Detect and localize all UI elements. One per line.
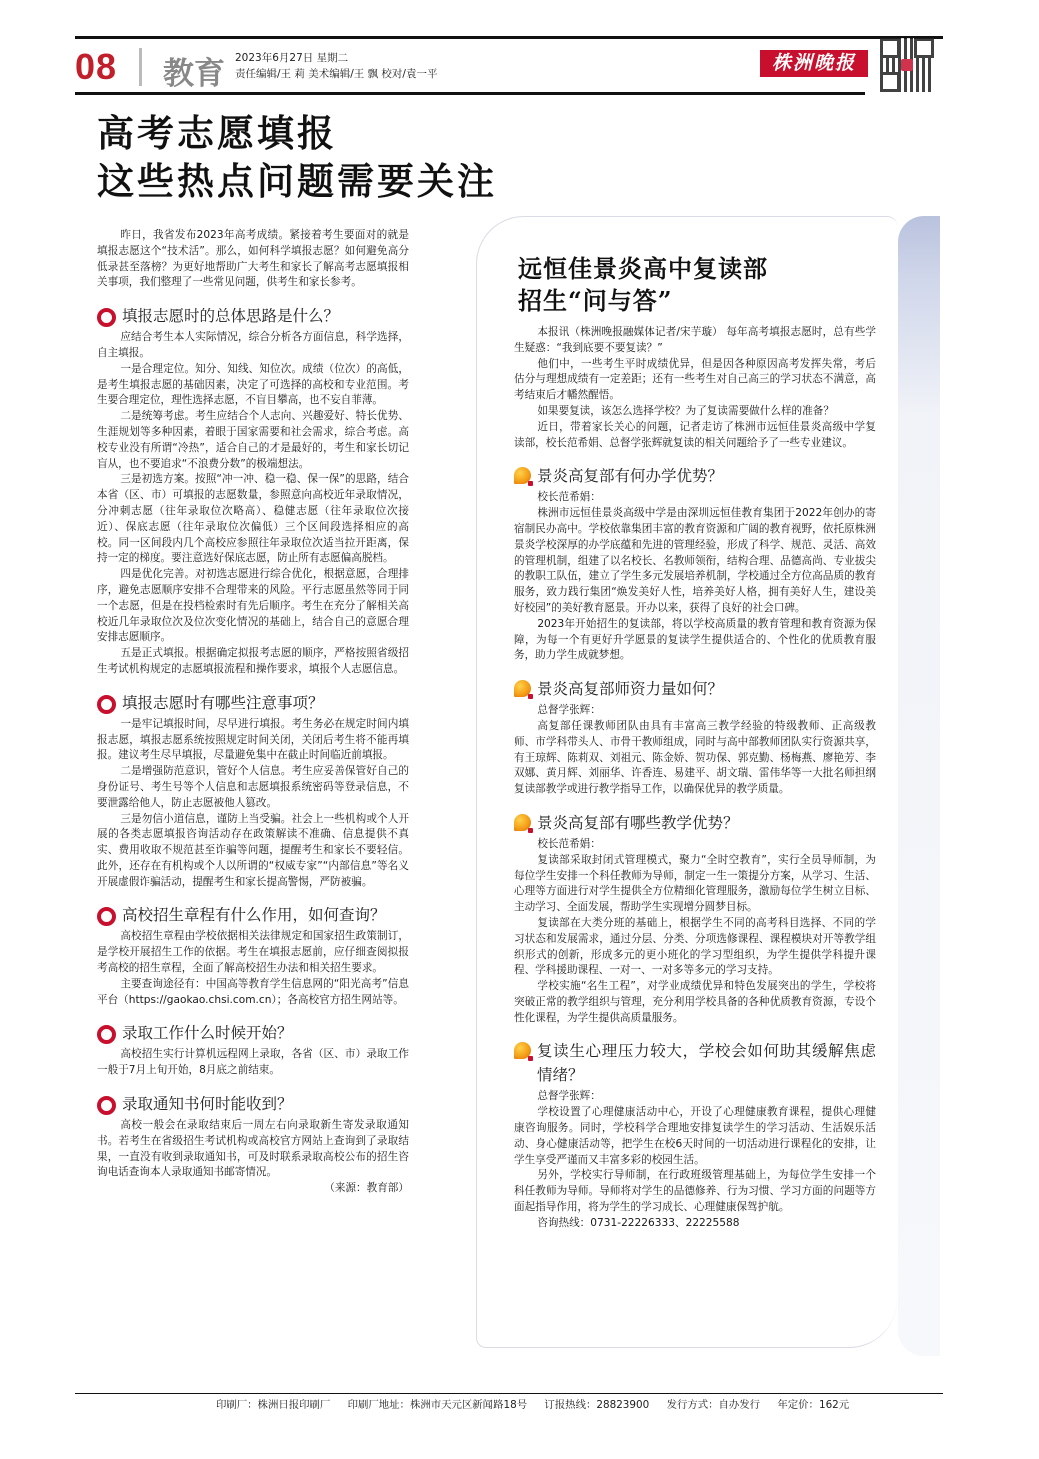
paragraph: 高校招生实行计算机远程网上录取，各省（区、市）录取工作一般于7月上旬开始，8月底… bbox=[97, 1047, 409, 1079]
paragraph: 二是增强防范意识，管好个人信息。考生应妥善保管好自己的身份证号、考生号等个人信息… bbox=[97, 764, 409, 811]
paragraph: 四是优化完善。对初选志愿进行综合优化，根据意愿，合理排序，避免志愿顺序安排不合理… bbox=[97, 567, 409, 646]
advertorial-title: 远恒佳景炎高中复读部 招生“问与答” bbox=[518, 253, 768, 317]
masthead-top-rule bbox=[75, 36, 943, 39]
question-heading: 景炎高复部有何办学优势？ bbox=[514, 464, 876, 488]
footer-subscribe: 订报热线：28823900 bbox=[544, 1399, 649, 1411]
article-source: （来源：教育部） bbox=[97, 1181, 409, 1197]
footer: 印刷厂：株洲日报印刷厂 印刷厂地址：株洲市天元区新闻路18号 订报热线：2882… bbox=[216, 1396, 863, 1411]
speaker: 总督学张辉： bbox=[514, 703, 876, 719]
article-intro: 昨日，我省发布2023年高考成绩。紧接着考生要面对的就是填报志愿这个“技术活”。… bbox=[97, 228, 409, 291]
issue-date: 2023年6月27日 星期二 bbox=[235, 50, 437, 66]
left-article: 昨日，我省发布2023年高考成绩。紧接着考生要面对的就是填报志愿这个“技术活”。… bbox=[97, 228, 409, 1197]
right-article: 本报讯（株洲晚报融媒体记者/宋芋璇） 每年高考填报志愿时，总有些学生疑惑：“我到… bbox=[514, 325, 876, 1232]
paragraph: 他们中，一些考生平时成绩优异，但是因各种原因高考发挥失常，考后估分与理想成绩有一… bbox=[514, 357, 876, 404]
paragraph: 一是牢记填报时间，尽早进行填报。考生务必在规定时间内填报志愿，填报志愿系统按照规… bbox=[97, 717, 409, 764]
side-tab bbox=[898, 216, 940, 1356]
paragraph: 高复部任课教师团队由具有丰富高三教学经验的特级教师、正高级教师、市学科带头人、市… bbox=[514, 719, 876, 798]
paragraph: 如果要复读，该怎么选择学校？为了复读需要做什么样的准备？ bbox=[514, 404, 876, 420]
paragraph: 另外，学校实行导师制，在行政班级管理基础上，为每位学生安排一个科任教师为导师。导… bbox=[514, 1168, 876, 1215]
newspaper-logo: 株洲晚报 bbox=[760, 50, 868, 77]
speech-bubble-icon bbox=[514, 814, 531, 831]
paragraph: 2023年开始招生的复读部，将以学校高质量的教育管理和教育资源为保障，为每一个有… bbox=[514, 617, 876, 664]
headline-line-1: 高考志愿填报 bbox=[97, 110, 497, 158]
qr-code-icon bbox=[880, 38, 934, 92]
footer-address: 印刷厂地址：株洲市天元区新闻路18号 bbox=[348, 1399, 527, 1411]
speech-bubble-icon bbox=[514, 467, 531, 484]
footer-distribution: 发行方式：自办发行 bbox=[667, 1399, 761, 1411]
red-ring-icon bbox=[97, 907, 116, 926]
paragraph: 三是勿信小道信息，谨防上当受骗。社会上一些机构或个人开展的各类志愿填报咨询活动存… bbox=[97, 812, 409, 891]
hotline: 咨询热线：0731-22226333、22225588 bbox=[514, 1216, 876, 1232]
paragraph: 高校招生章程由学校依据相关法律规定和国家招生政策制订，是学校开展招生工作的依据。… bbox=[97, 929, 409, 976]
paragraph: 株洲市远恒佳景炎高级中学是由深圳远恒佳教育集团于2022年创办的寄宿制民办高中。… bbox=[514, 506, 876, 617]
paragraph: 学校设置了心理健康活动中心，开设了心理健康教育课程，提供心理健康咨询服务。同时，… bbox=[514, 1105, 876, 1168]
paragraph: 高校一般会在录取结束后一周左右向录取新生寄发录取通知书。若考生在省级招生考试机构… bbox=[97, 1118, 409, 1181]
question-heading: 景炎高复部有哪些教学优势？ bbox=[514, 811, 876, 835]
paragraph: 本报讯（株洲晚报融媒体记者/宋芋璇） 每年高考填报志愿时，总有些学生疑惑：“我到… bbox=[514, 325, 876, 357]
speaker: 校长范希娟： bbox=[514, 837, 876, 853]
paragraph: 复读部采取封闭式管理模式，聚力“全时空教育”，实行全员导师制，为每位学生安排一个… bbox=[514, 853, 876, 916]
red-ring-icon bbox=[97, 308, 116, 327]
speech-bubble-icon bbox=[514, 680, 531, 697]
red-ring-icon bbox=[97, 1096, 116, 1115]
page-number: 08 bbox=[75, 46, 117, 88]
red-ring-icon bbox=[97, 695, 116, 714]
editor-credits: 责任编辑/王 莉 美术编辑/王 飘 校对/袁一平 bbox=[235, 66, 437, 82]
question-heading: 复读生心理压力较大，学校会如何助其缓解焦虑情绪？ bbox=[514, 1039, 876, 1087]
question-heading: 景炎高复部师资力量如何？ bbox=[514, 677, 876, 701]
question-heading: 高校招生章程有什么作用，如何查询？ bbox=[97, 903, 409, 927]
footer-price: 年定价：162元 bbox=[777, 1399, 849, 1411]
paragraph: 五是正式填报。根据确定拟报考志愿的顺序，严格按照省级招生考试机构规定的志愿填报流… bbox=[97, 646, 409, 678]
masthead-bottom-rule bbox=[75, 92, 865, 95]
masthead: 08 教育 2023年6月27日 星期二 责任编辑/王 莉 美术编辑/王 飘 校… bbox=[75, 40, 755, 90]
question-heading: 填报志愿时有哪些注意事项？ bbox=[97, 691, 409, 715]
speaker: 校长范希娟： bbox=[514, 490, 876, 506]
question-heading: 录取通知书何时能收到？ bbox=[97, 1092, 409, 1116]
masthead-meta: 2023年6月27日 星期二 责任编辑/王 莉 美术编辑/王 飘 校对/袁一平 bbox=[235, 50, 437, 82]
paragraph: 二是统筹考虑。考生应结合个人志向、兴趣爱好、特长优势、生涯规划等多种因素，着眼于… bbox=[97, 409, 409, 472]
speaker: 总督学张辉： bbox=[514, 1089, 876, 1105]
paragraph: 应结合考生本人实际情况，综合分析各方面信息，科学选择，自主填报。 bbox=[97, 330, 409, 362]
footer-rule bbox=[75, 1393, 943, 1394]
paragraph: 复读部在大类分班的基础上，根据学生不同的高考科目选择、不同的学习状态和发展需求，… bbox=[514, 916, 876, 979]
paragraph: 近日，带着家长关心的问题，记者走访了株洲市远恒佳景炎高级中学复读部，校长范希娟、… bbox=[514, 420, 876, 452]
question-heading: 填报志愿时的总体思路是什么？ bbox=[97, 304, 409, 328]
paragraph: 主要查询途径有：中国高等教育学生信息网的“阳光高考”信息平台（https://g… bbox=[97, 977, 409, 1009]
speech-bubble-icon bbox=[514, 1042, 531, 1059]
masthead-divider bbox=[139, 48, 142, 86]
footer-printer: 印刷厂：株洲日报印刷厂 bbox=[216, 1399, 330, 1411]
headline-line-2: 这些热点问题需要关注 bbox=[97, 158, 497, 206]
paragraph: 学校实施“名生工程”，对学业成绩优异和特色发展突出的学生，学校将突破正常的教学组… bbox=[514, 979, 876, 1026]
main-headline: 高考志愿填报 这些热点问题需要关注 bbox=[97, 110, 497, 206]
question-heading: 录取工作什么时候开始？ bbox=[97, 1021, 409, 1045]
section-title: 教育 bbox=[163, 48, 225, 93]
paragraph: 一是合理定位。知分、知线、知位次。成绩（位次）的高低，是考生填报志愿的基础因素，… bbox=[97, 362, 409, 409]
red-ring-icon bbox=[97, 1025, 116, 1044]
paragraph: 三是初选方案。按照“冲一冲、稳一稳、保一保”的思路，结合本省（区、市）可填报的志… bbox=[97, 472, 409, 567]
